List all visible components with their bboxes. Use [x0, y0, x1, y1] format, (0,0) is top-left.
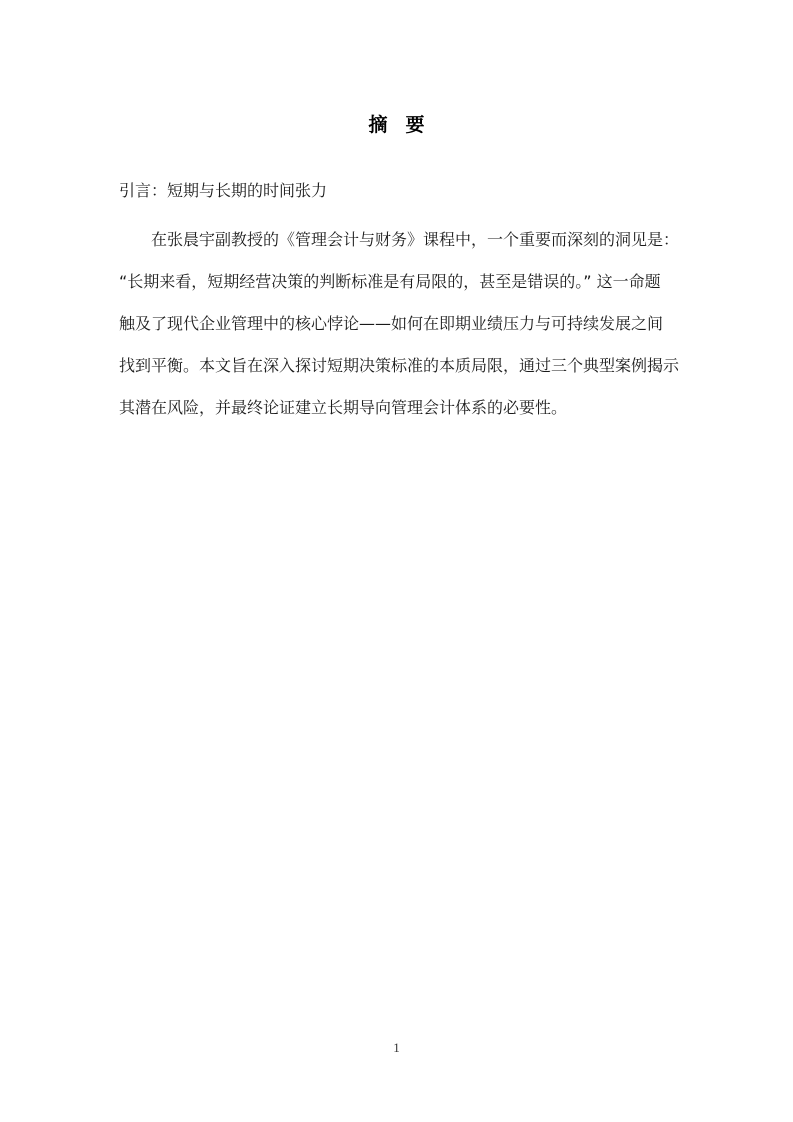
- page-number: 1: [0, 1040, 793, 1056]
- intro-heading: 引言：短期与长期的时间张力: [119, 177, 679, 205]
- paragraph-line: “长期来看，短期经营决策的判断标准是有局限的，甚至是错误的。” 这一命题: [119, 261, 679, 303]
- paragraph-line: 其潜在风险，并最终论证建立长期导向管理会计体系的必要性。: [119, 387, 679, 429]
- paragraph-line: 触及了现代企业管理中的核心悖论——如何在即期业绩压力与可持续发展之间: [119, 303, 679, 345]
- page-title: 摘要: [0, 112, 793, 138]
- paragraph-line: 在张晨宇副教授的《管理会计与财务》课程中，一个重要而深刻的洞见是：: [119, 219, 679, 261]
- abstract-paragraph: 在张晨宇副教授的《管理会计与财务》课程中，一个重要而深刻的洞见是： “长期来看，…: [119, 219, 679, 429]
- paragraph-line: 找到平衡。本文旨在深入探讨短期决策标准的本质局限，通过三个典型案例揭示: [119, 345, 679, 387]
- abstract-content: 引言：短期与长期的时间张力 在张晨宇副教授的《管理会计与财务》课程中，一个重要而…: [119, 177, 679, 429]
